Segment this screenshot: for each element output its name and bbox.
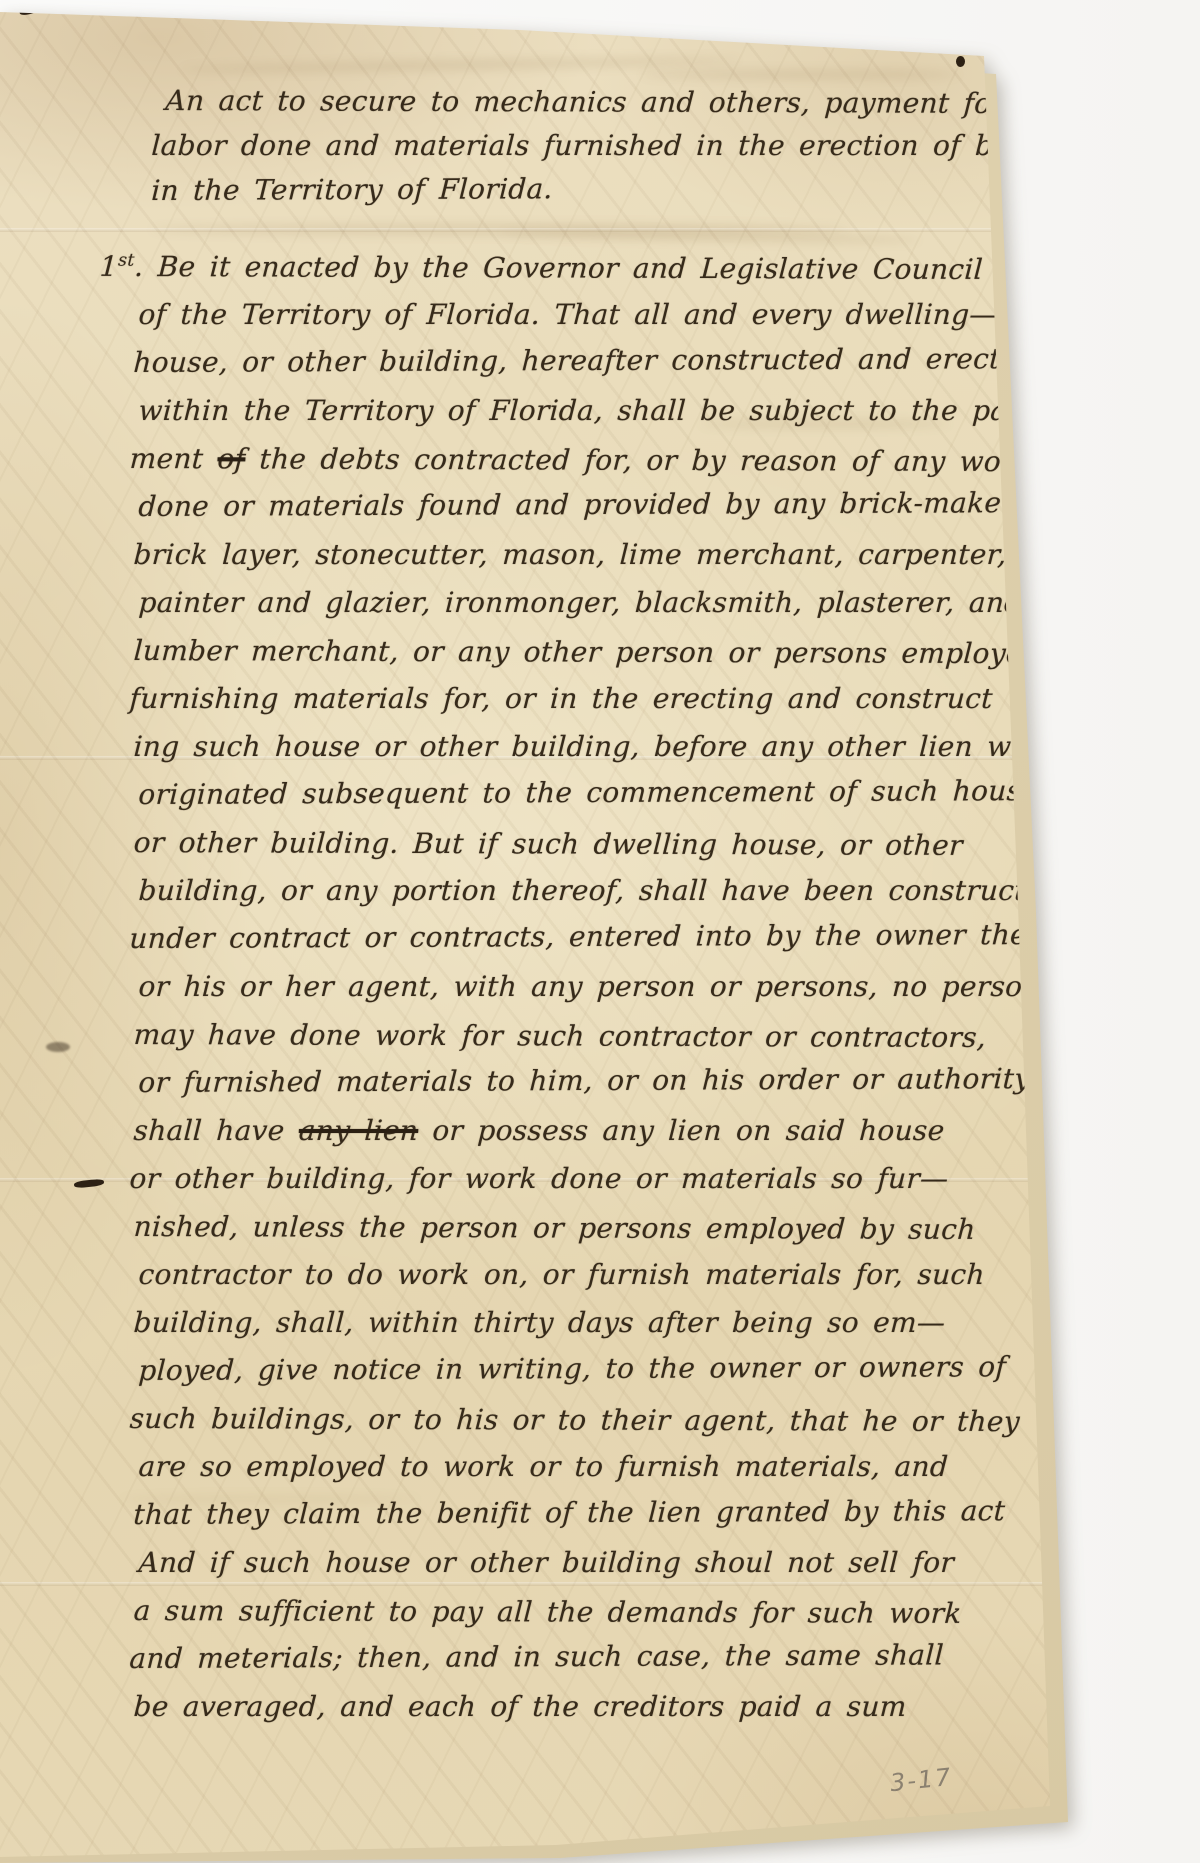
handwritten-line: building, or any portion thereof, shall … <box>137 874 1049 922</box>
handwritten-line: within the Territory of Florida, shall b… <box>137 394 1049 442</box>
handwritten-line: originated subsequent to the commencemen… <box>137 774 1049 826</box>
document-body: 1st. Be it enacted by the Governor and L… <box>132 250 1046 1738</box>
corner-mark: 4 <box>804 0 834 40</box>
handwritten-text: or furnished materials to him, or on his… <box>138 1062 1037 1099</box>
handwritten-text: within the Territory of Florida, shall b… <box>138 394 1025 427</box>
handwritten-text: that they claim the benifit of the lien … <box>133 1494 1006 1531</box>
handwritten-line: 1st. Be it enacted by the Governor and L… <box>132 250 1049 301</box>
handwritten-text: in the Territory of Florida. <box>151 172 554 207</box>
handwritten-text: building, shall, within thirty days afte… <box>133 1306 946 1339</box>
handwritten-text: or possess any lien on said house <box>417 1114 945 1147</box>
handwritten-line: shall have any lien or possess any lien … <box>132 1114 1049 1162</box>
handwritten-line: or his or her agent, with any person or … <box>137 970 1049 1018</box>
fold-crease <box>0 228 1060 232</box>
handwritten-line: lumber merchant, or any other person or … <box>132 634 1049 685</box>
ink-bleed-through <box>180 55 740 75</box>
handwritten-line: ing such house or other building, before… <box>132 730 1049 778</box>
handwritten-text: such buildings, or to his or to their ag… <box>129 1402 1021 1438</box>
handwritten-text: the debts contracted for, or by reason o… <box>244 442 1032 478</box>
paper-stack: An act to secure to mechanics and others… <box>0 0 1200 1863</box>
handwritten-line: furnishing materials for, or in the erec… <box>128 682 1049 730</box>
archival-page-number: 3-17 <box>889 1763 954 1797</box>
handwritten-text: An act to secure to mechanics and others… <box>165 84 1006 120</box>
handwritten-text: furnishing materials for, or in the erec… <box>129 682 994 715</box>
handwritten-line: that they claim the benifit of the lien … <box>132 1494 1049 1546</box>
handwritten-text: ing such house or other building, before… <box>133 730 1074 763</box>
handwritten-text: painter and glazier, ironmonger, blacksm… <box>138 586 1024 619</box>
handwritten-text: And if such house or other building shou… <box>138 1546 955 1579</box>
handwritten-line: or other building, for work done or mate… <box>128 1162 1049 1210</box>
handwritten-text: brick layer, stonecutter, mason, lime me… <box>133 538 1008 571</box>
handwritten-text: 1 <box>99 250 119 283</box>
handwritten-line: house, or other building, hereafter cons… <box>132 342 1049 394</box>
handwritten-text: st <box>118 251 136 271</box>
handwritten-text: ployed, give notice in writing, to the o… <box>138 1350 1007 1387</box>
ink-bleed-through <box>640 70 960 79</box>
handwritten-line: done or materials found and provided by … <box>137 486 1049 538</box>
handwritten-line: may have done work for such contractor o… <box>132 1018 1049 1069</box>
handwritten-text: and meterials; then, and in such case, t… <box>129 1638 945 1675</box>
handwritten-line: nished, unless the person or persons emp… <box>132 1210 1049 1261</box>
handwritten-line: a sum sufficient to pay all the demands … <box>132 1594 1049 1645</box>
handwritten-text: contractor to do work on, or furnish mat… <box>138 1258 986 1291</box>
handwritten-line: and meterials; then, and in such case, t… <box>128 1638 1049 1690</box>
handwritten-text: may have done work for such contractor o… <box>133 1018 987 1054</box>
handwritten-line: An act to secure to mechanics and others… <box>164 84 1032 132</box>
ink-blot <box>944 20 978 50</box>
handwritten-text: or his or her agent, with any person or … <box>138 970 1116 1003</box>
handwritten-text: building, or any portion thereof, shall … <box>138 874 1062 907</box>
handwritten-line: or furnished materials to him, or on his… <box>137 1062 1049 1114</box>
handwritten-text: labor done and materials furnished in th… <box>151 129 1110 162</box>
handwritten-text: or other building. But if such dwelling … <box>133 826 964 862</box>
handwritten-text: lumber merchant, or any other person or … <box>133 634 1084 670</box>
handwritten-line: labor done and materials furnished in th… <box>150 129 1032 174</box>
document-page: An act to secure to mechanics and others… <box>0 0 1060 1863</box>
handwritten-line: of the Territory of Florida. That all an… <box>137 298 1049 346</box>
handwritten-line: And if such house or other building shou… <box>137 1546 1049 1594</box>
handwritten-line: building, shall, within thirty days afte… <box>132 1306 1049 1354</box>
document-heading: An act to secure to mechanics and others… <box>150 84 1030 219</box>
handwritten-line: such buildings, or to his or to their ag… <box>128 1402 1049 1453</box>
handwritten-text: a sum sufficient to pay all the demands … <box>133 1594 963 1630</box>
handwritten-text: house, or other building, hereafter cons… <box>133 342 1037 379</box>
struck-text: of <box>217 442 247 475</box>
handwritten-line: brick layer, stonecutter, mason, lime me… <box>132 538 1049 586</box>
struck-text: any lien <box>298 1114 419 1147</box>
handwritten-line: be averaged, and each of the creditors p… <box>132 1690 1049 1738</box>
handwritten-line: are so employed to work or to furnish ma… <box>137 1450 1049 1498</box>
handwritten-line: under contract or contracts, entered int… <box>128 918 1049 970</box>
ink-blot <box>46 1042 70 1052</box>
handwritten-text: originated subsequent to the commencemen… <box>138 774 1039 811</box>
handwritten-line: ment of the debts contracted for, or by … <box>128 442 1049 493</box>
handwritten-line: in the Territory of Florida. <box>150 170 1032 219</box>
handwritten-text: done or materials found and provided by … <box>138 486 1016 523</box>
handwritten-text: . Be it enacted by the Governor and Legi… <box>133 250 983 286</box>
handwritten-text: under contract or contracts, entered int… <box>129 918 1095 955</box>
handwritten-line: ployed, give notice in writing, to the o… <box>137 1350 1049 1402</box>
handwritten-text: nished, unless the person or persons emp… <box>133 1210 977 1246</box>
ink-blot <box>956 56 965 67</box>
handwritten-text: be averaged, and each of the creditors p… <box>133 1690 908 1723</box>
handwritten-text: or other building, for work done or mate… <box>129 1162 950 1195</box>
handwritten-text: shall have <box>133 1114 300 1147</box>
handwritten-line: or other building. But if such dwelling … <box>132 826 1049 877</box>
handwritten-line: painter and glazier, ironmonger, blacksm… <box>137 586 1049 634</box>
handwritten-text: of the Territory of Florida. That all an… <box>138 298 999 331</box>
handwritten-text: are so employed to work or to furnish ma… <box>138 1450 949 1483</box>
handwritten-text: ment <box>129 442 219 475</box>
document-scan: An act to secure to mechanics and others… <box>0 0 1200 1863</box>
handwritten-line: contractor to do work on, or furnish mat… <box>137 1258 1049 1306</box>
ink-blot <box>17 0 61 17</box>
